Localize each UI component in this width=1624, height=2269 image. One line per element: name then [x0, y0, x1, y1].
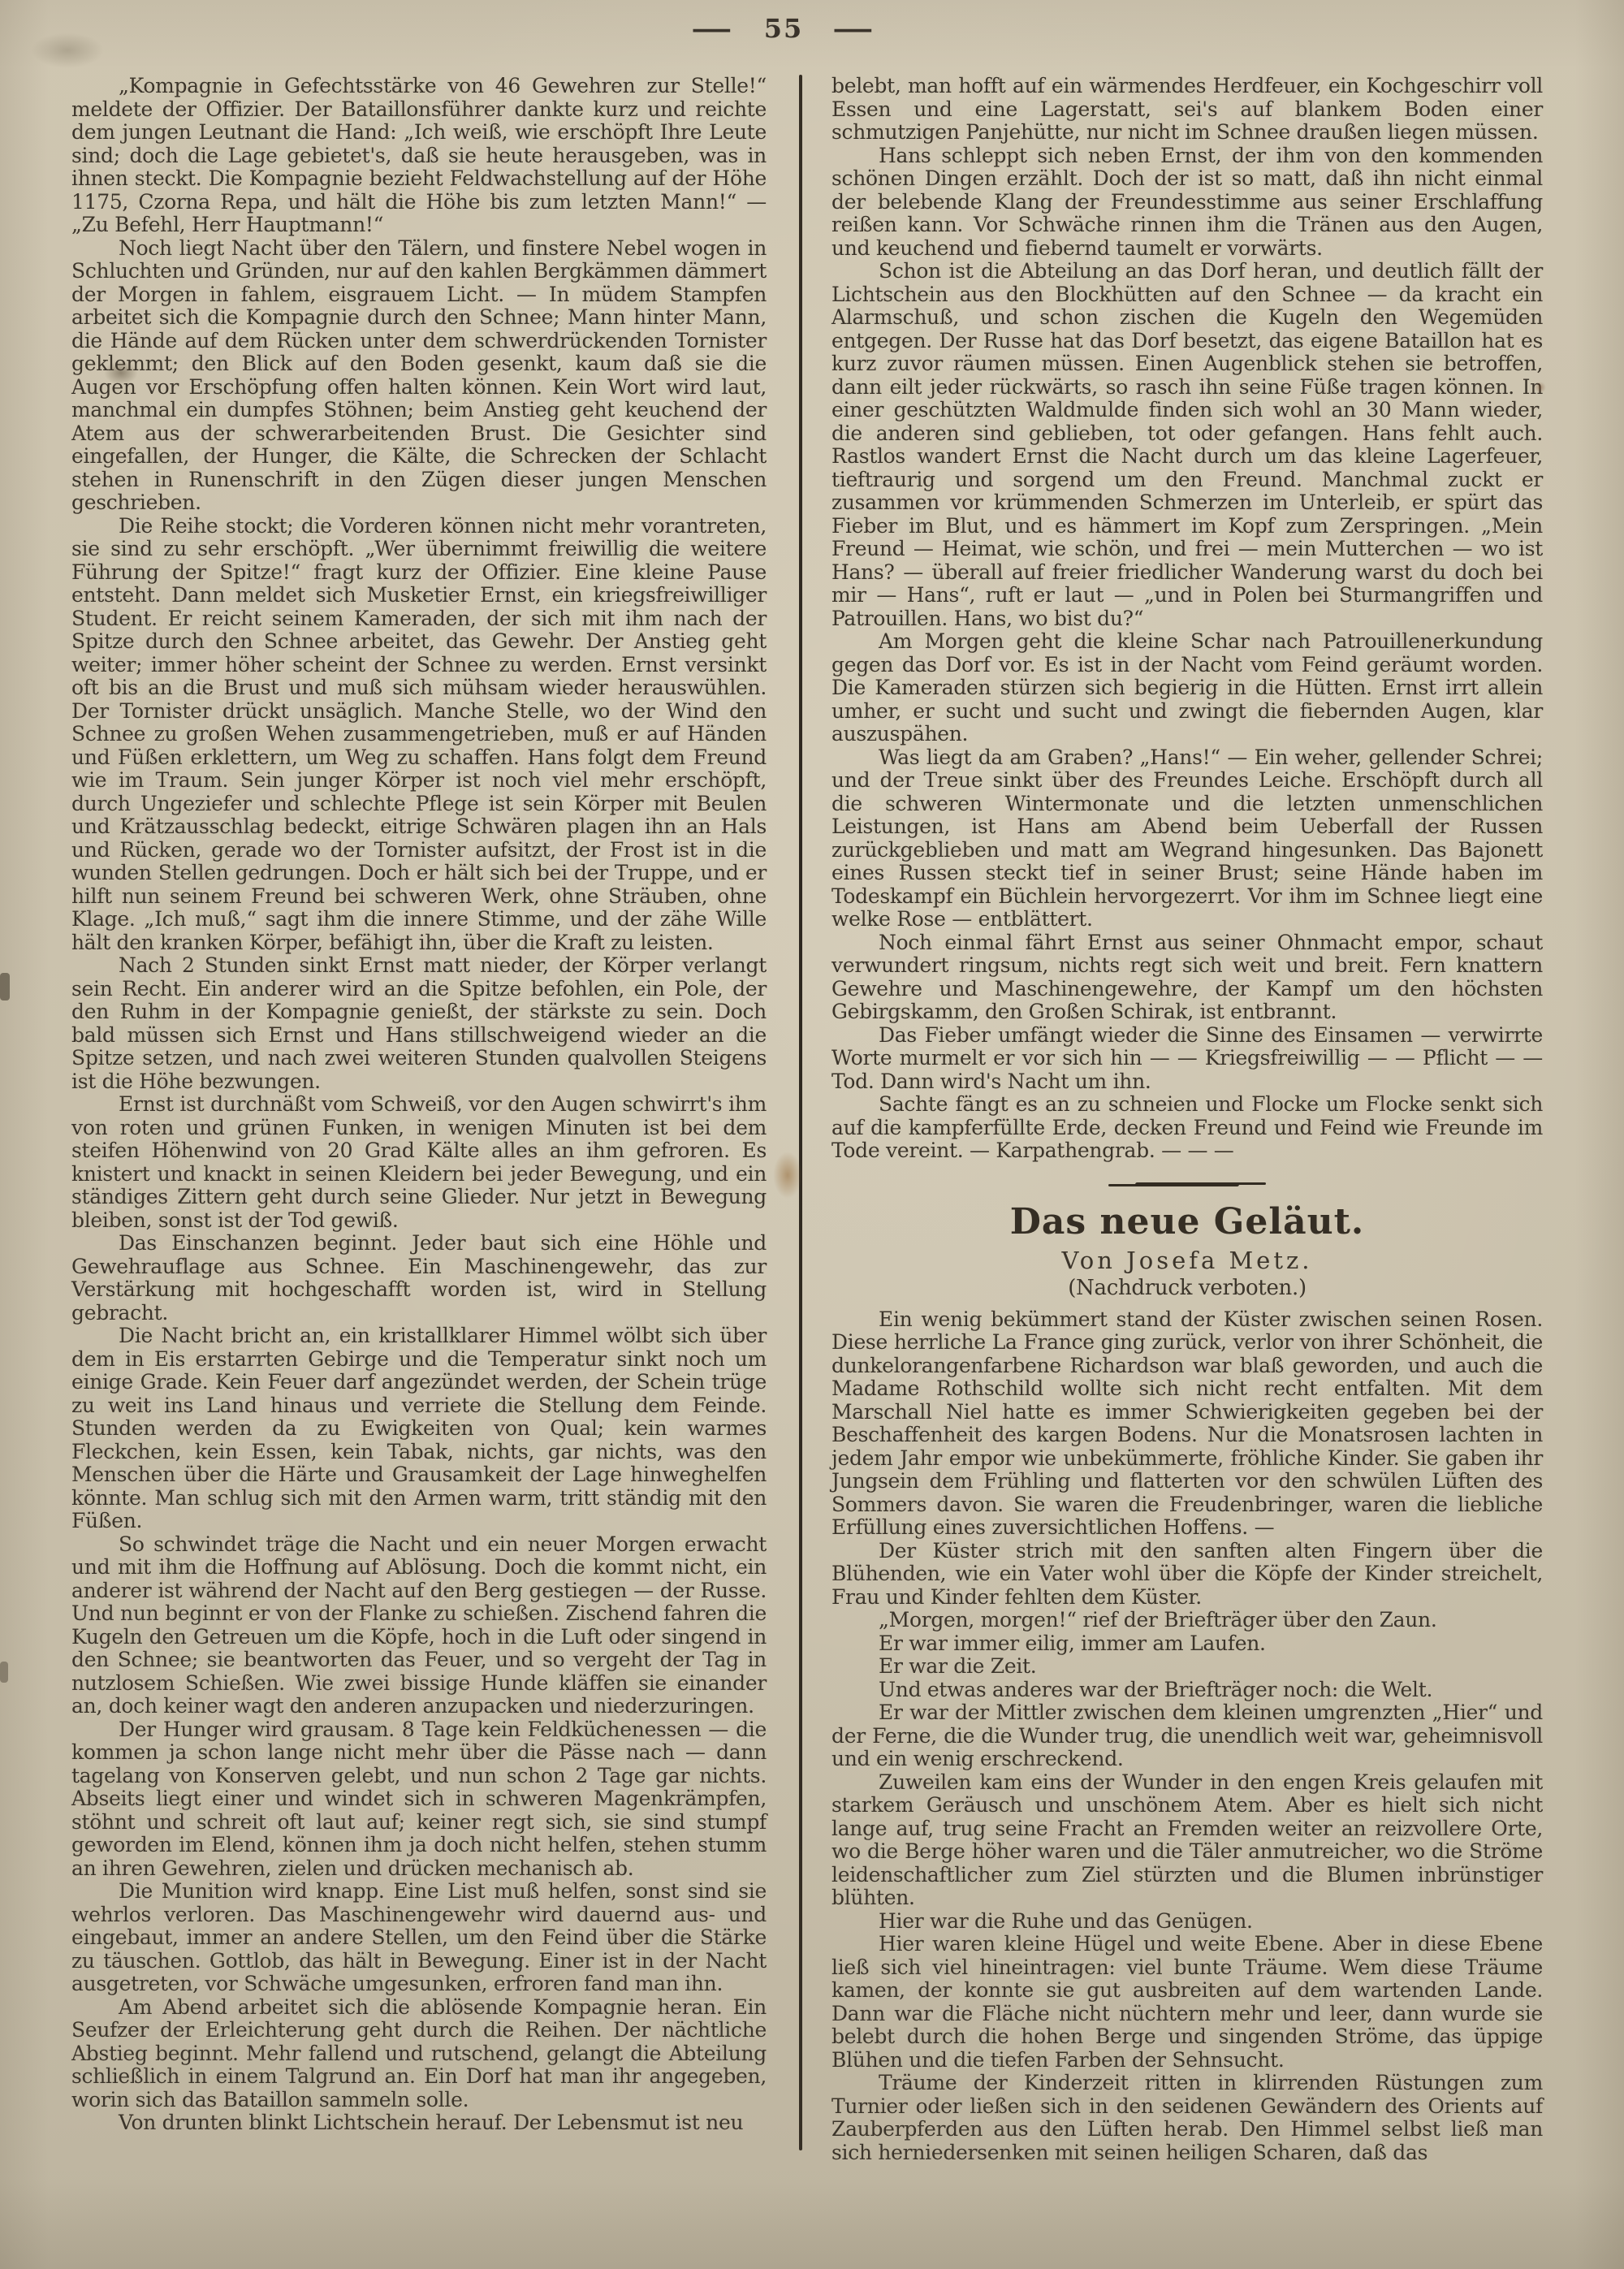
- paragraph: Und etwas anderes war der Briefträger no…: [831, 1679, 1543, 1702]
- story2-title: Das neue Geläut.: [831, 1203, 1543, 1242]
- paragraph: Das Fieber umfängt wieder die Sinne des …: [831, 1024, 1543, 1094]
- paragraph: Er war der Mittler zwischen dem kleinen …: [831, 1701, 1543, 1771]
- column-divider-rule: [799, 75, 802, 2150]
- paragraph: Träume der Kinderzeit ritten in klirrend…: [831, 2072, 1543, 2164]
- scan-edge-mark: [0, 1662, 8, 1683]
- paragraph: Die Nacht bricht an, ein kristallklarer …: [71, 1325, 767, 1533]
- page-header: —55—: [0, 13, 1567, 44]
- paragraph: Ernst ist durchnäßt vom Schweiß, vor den…: [71, 1093, 767, 1232]
- scan-edge-mark: [0, 973, 10, 1001]
- story-separator-rule: [1135, 1182, 1239, 1186]
- paragraph: Der Hunger wird grausam. 8 Tage kein Fel…: [71, 1718, 767, 1881]
- paragraph: Sachte fängt es an zu schneien und Flock…: [831, 1093, 1543, 1163]
- paragraph: Hier war die Ruhe und das Genügen.: [831, 1910, 1543, 1934]
- story2-byline: Von Josefa Metz.: [831, 1247, 1543, 1274]
- paragraph: Noch liegt Nacht über den Tälern, und fi…: [71, 237, 767, 515]
- paragraph: Ein wenig bekümmert stand der Küster zwi…: [831, 1308, 1543, 1540]
- story1-left-text: „Kompagnie in Gefechtsstärke von 46 Gewe…: [71, 75, 767, 2135]
- paragraph: Er war immer eilig, immer am Laufen.: [831, 1632, 1543, 1656]
- page-number-dash-right: —: [832, 13, 876, 44]
- paragraph: Am Morgen geht die kleine Schar nach Pat…: [831, 630, 1543, 746]
- two-column-text-area: „Kompagnie in Gefechtsstärke von 46 Gewe…: [71, 75, 1543, 2164]
- paragraph: So schwindet träge die Nacht und ein neu…: [71, 1533, 767, 1718]
- paragraph: Der Küster strich mit den sanften alten …: [831, 1540, 1543, 1610]
- story2-text: Ein wenig bekümmert stand der Küster zwi…: [831, 1308, 1543, 2165]
- story1-right-text: belebt, man hofft auf ein wärmendes Herd…: [831, 75, 1543, 1163]
- newspaper-page: —55— „Kompagnie in Gefechtsstärke von 46…: [0, 0, 1624, 2269]
- paragraph: Schon ist die Abteilung an das Dorf hera…: [831, 260, 1543, 630]
- paragraph: Nach 2 Stunden sinkt Ernst matt nieder, …: [71, 954, 767, 1093]
- paragraph: „Kompagnie in Gefechtsstärke von 46 Gewe…: [71, 75, 767, 237]
- paragraph: Von drunten blinkt Lichtschein herauf. D…: [71, 2111, 767, 2135]
- paragraph: Hier waren kleine Hügel und weite Ebene.…: [831, 1933, 1543, 2072]
- paragraph: Was liegt da am Graben? „Hans!“ — Ein we…: [831, 746, 1543, 931]
- paragraph: „Morgen, morgen!“ rief der Briefträger ü…: [831, 1609, 1543, 1632]
- paragraph: Die Munition wird knapp. Eine List muß h…: [71, 1880, 767, 1996]
- paragraph: Die Reihe stockt; die Vorderen können ni…: [71, 515, 767, 955]
- paragraph: Noch einmal fährt Ernst aus seiner Ohnma…: [831, 931, 1543, 1024]
- page-number: 55: [764, 13, 804, 44]
- left-column: „Kompagnie in Gefechtsstärke von 46 Gewe…: [71, 75, 767, 2164]
- page-number-dash-left: —: [691, 13, 735, 44]
- paragraph: Am Abend arbeitet sich die ablösende Kom…: [71, 1996, 767, 2112]
- story2-copyright-notice: (Nachdruck verboten.): [831, 1274, 1543, 1302]
- paragraph: Das Einschanzen beginnt. Jeder baut sich…: [71, 1232, 767, 1325]
- paragraph: Er war die Zeit.: [831, 1655, 1543, 1679]
- paragraph: Zuweilen kam eins der Wunder in den enge…: [831, 1771, 1543, 1910]
- paragraph: Hans schleppt sich neben Ernst, der ihm …: [831, 145, 1543, 261]
- right-column: belebt, man hofft auf ein wärmendes Herd…: [831, 75, 1543, 2164]
- paragraph: belebt, man hofft auf ein wärmendes Herd…: [831, 75, 1543, 145]
